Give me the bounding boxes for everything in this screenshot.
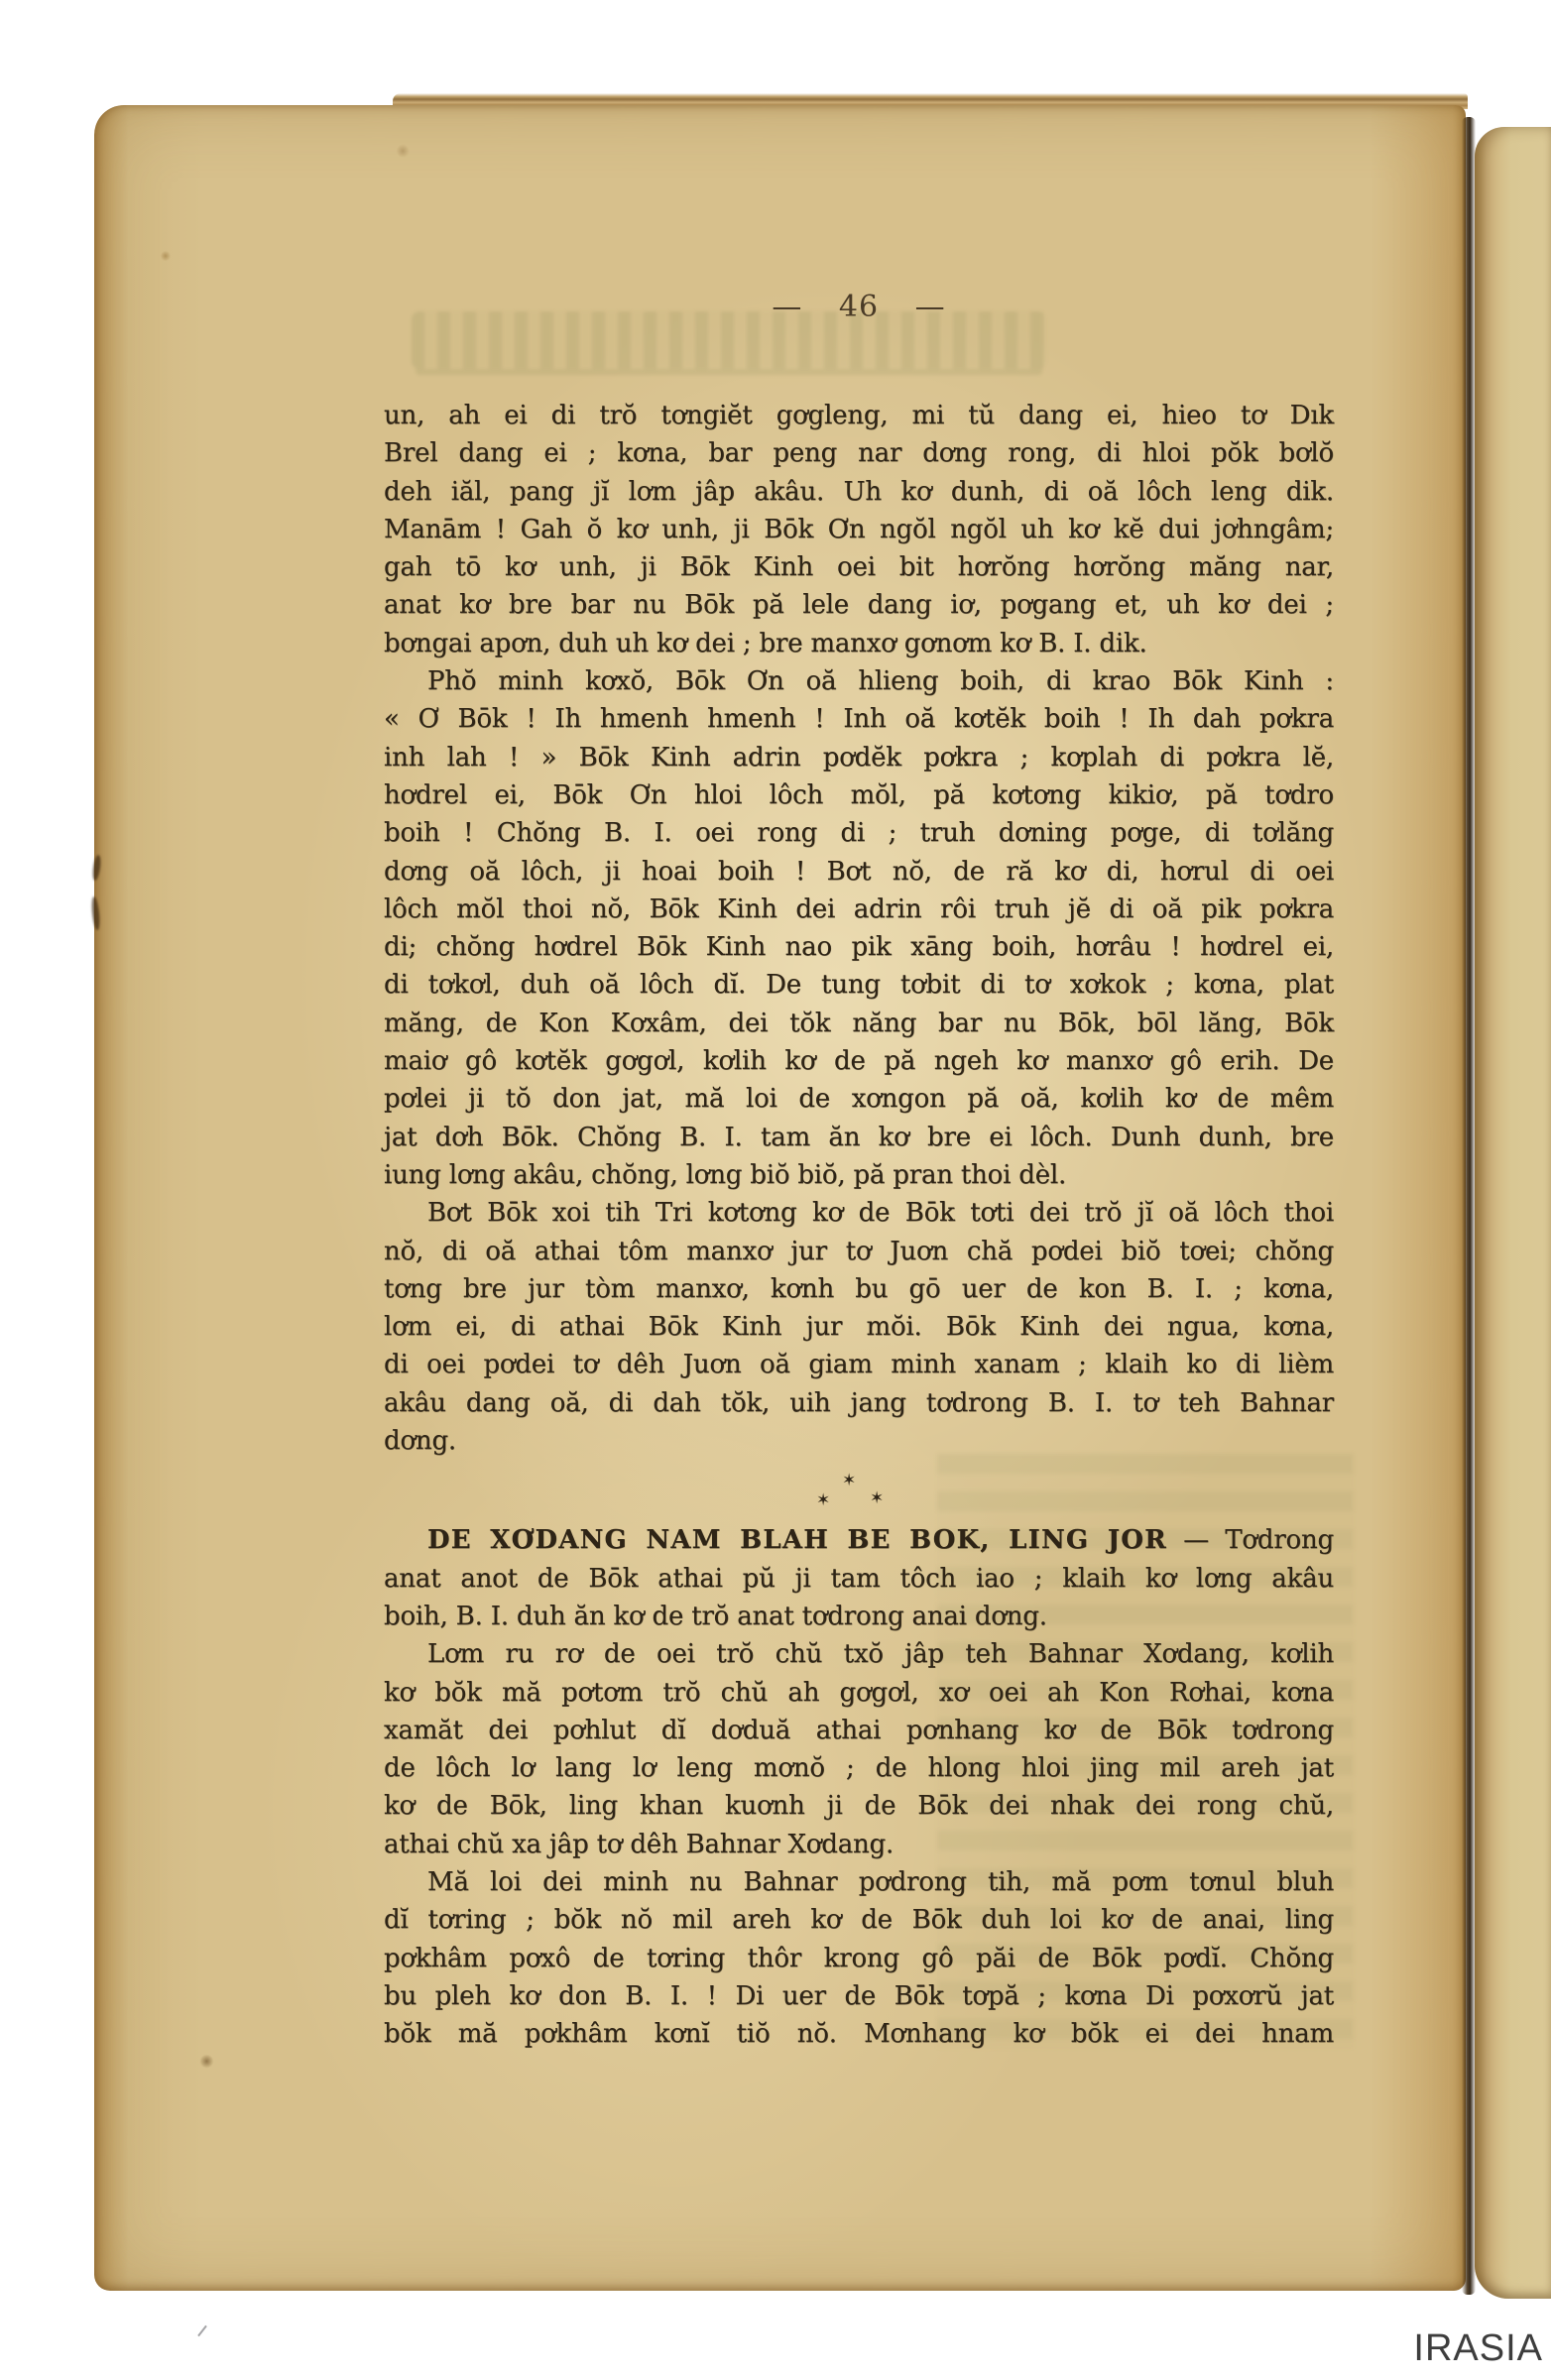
text-line: « Ơ Bōk ! Ih hmenh hmenh ! Inh oă kơtĕk … — [384, 700, 1334, 738]
asterisk-icon: ✶ — [842, 1462, 856, 1499]
paragraph: DE XƠDANG NAM BLAH BE BOK, LING JOR — Tơ… — [384, 1521, 1334, 1635]
paragraph: un, ah ei di trŏ tơngiĕt gơgleng, mi tŭ … — [384, 397, 1334, 662]
watermark-irasia: IRASIA — [1413, 2327, 1543, 2370]
text-line: dơng. — [384, 1422, 1334, 1460]
text-line: maiơ gô kơtĕk gơgơl, kơlih kơ de pă ngeh… — [384, 1042, 1334, 1080]
text-line: pơlei ji tŏ don jat, mă loi de xơngon pă… — [384, 1080, 1334, 1118]
text-line: un, ah ei di trŏ tơngiĕt gơgleng, mi tŭ … — [384, 397, 1334, 434]
text-line: bu pleh kơ don B. I. ! Di uer de Bōk tơp… — [384, 1977, 1334, 2015]
page-number-header: — 46 — — [384, 290, 1334, 324]
text-line: tơng bre jur tòm manxơ, kơnh bu gō uer d… — [384, 1270, 1334, 1308]
text-line: Lơm ru rơ de oei trŏ chŭ txŏ jâp teh Bah… — [384, 1635, 1334, 1673]
text-line: dĭ tơring ; bŏk nŏ mil areh kơ de Bōk du… — [384, 1901, 1334, 1939]
paragraph: Phŏ minh kơxŏ, Bōk Ơn oă hlieng boih, di… — [384, 662, 1334, 1194]
text-line: DE XƠDANG NAM BLAH BE BOK, LING JOR — Tơ… — [384, 1521, 1334, 1559]
text-line: Phŏ minh kơxŏ, Bōk Ơn oă hlieng boih, di… — [384, 662, 1334, 700]
section-heading-rest: — Tơdrong — [1167, 1525, 1334, 1555]
section-heading-caps: DE XƠDANG NAM BLAH BE BOK, LING JOR — [427, 1525, 1167, 1555]
text-line: boih ! Chŏng B. I. oei rong di ; truh dơ… — [384, 814, 1334, 852]
asterisk-icon: ✶ — [870, 1480, 884, 1517]
text-line: lôch mŏl thoi nŏ, Bōk Kinh dei adrin rôi… — [384, 891, 1334, 928]
text-line: Mă loi dei minh nu Bahnar pơdrong tih, m… — [384, 1863, 1334, 1901]
paragraph: Bơt Bōk xoi tih Tri kơtơng kơ de Bōk tơt… — [384, 1194, 1334, 1460]
book-page: — 46 — un, ah ei di trŏ tơngiĕt gơgleng,… — [94, 105, 1466, 2291]
text-line: di tơkơl, duh oă lôch dĭ. De tung tơbit … — [384, 966, 1334, 1004]
text-line: dơng oă lôch, ji hoai boih ! Bơt nŏ, de … — [384, 853, 1334, 891]
adjacent-page-edge — [1475, 127, 1551, 2299]
text-line: nŏ, di oă athai tôm manxơ jur tơ Juơn ch… — [384, 1233, 1334, 1270]
text-line: anat anot de Bōk athai pŭ ji tam tôch ia… — [384, 1560, 1334, 1598]
text-line: de lôch lơ lang lơ leng mơnŏ ; de hlong … — [384, 1749, 1334, 1787]
text-line: hơdrel ei, Bōk Ơn hloi lôch mŏl, pă kơtơ… — [384, 776, 1334, 814]
text-line: lơm ei, di athai Bōk Kinh jur mŏi. Bōk K… — [384, 1308, 1334, 1346]
text-line: anat kơ bre bar nu Bōk pă lele dang iơ, … — [384, 586, 1334, 624]
text-line: boih, B. I. duh ăn kơ de trŏ anat tơdron… — [384, 1598, 1334, 1635]
text-line: deh iăl, pang jĭ lơm jâp akâu. Uh kơ dun… — [384, 473, 1334, 511]
text-line: di; chŏng hơdrel Bōk Kinh nao pik xāng b… — [384, 928, 1334, 966]
scan-backdrop: — 46 — un, ah ei di trŏ tơngiĕt gơgleng,… — [0, 0, 1551, 2380]
text-line: pơkhâm pơxô de tơring thôr krong gô păi … — [384, 1940, 1334, 1977]
text-block: un, ah ei di trŏ tơngiĕt gơgleng, mi tŭ … — [384, 397, 1334, 2053]
text-line: bơngai apơn, duh uh kơ dei ; bre manxơ g… — [384, 625, 1334, 662]
text-line: kơ de Bōk, ling khan kuơnh ji de Bōk dei… — [384, 1787, 1334, 1825]
paragraph: Lơm ru rơ de oei trŏ chŭ txŏ jâp teh Bah… — [384, 1635, 1334, 1863]
binding-stain — [90, 896, 101, 931]
asterisk-icon: ✶ — [816, 1482, 830, 1519]
text-line: jat dơh Bōk. Chŏng B. I. tam ăn kơ bre e… — [384, 1119, 1334, 1156]
page-gutter-shadow — [1462, 117, 1476, 2295]
text-line: bŏk mă pơkhâm kơnĭ tiŏ nŏ. Mơnhang kơ bŏ… — [384, 2015, 1334, 2053]
text-line: athai chŭ xa jâp tơ dêh Bahnar Xơdang. — [384, 1826, 1334, 1863]
text-line: măng, de Kon Kơxâm, dei tŏk năng bar nu … — [384, 1005, 1334, 1042]
text-line: Manām ! Gah ŏ kơ unh, ji Bōk Ơn ngŏl ngŏ… — [384, 511, 1334, 548]
text-line: kơ bŏk mă pơtơm trŏ chŭ ah gơgơl, xơ oei… — [384, 1674, 1334, 1712]
text-line: iung lơng akâu, chŏng, lơng biŏ biŏ, pă … — [384, 1156, 1334, 1194]
text-line: di oei pơdei tơ dêh Juơn oă giam minh xa… — [384, 1346, 1334, 1383]
pencil-mark — [197, 2325, 207, 2336]
text-line: akâu dang oă, di dah tŏk, uih jang tơdro… — [384, 1384, 1334, 1422]
text-line: xamăt dei pơhlut dĭ dơduă athai pơnhang … — [384, 1712, 1334, 1749]
text-line: inh lah ! » Bōk Kinh adrin pơdĕk pơkra ;… — [384, 739, 1334, 776]
text-line: gah tō kơ unh, ji Bōk Kinh oei bit hơrŏn… — [384, 548, 1334, 586]
section-separator: ✶✶✶ — [384, 1460, 1334, 1521]
paragraph: Mă loi dei minh nu Bahnar pơdrong tih, m… — [384, 1863, 1334, 2053]
text-line: Bơt Bōk xoi tih Tri kơtơng kơ de Bōk tơt… — [384, 1194, 1334, 1232]
text-line: Brel dang ei ; kơna, bar peng nar dơng r… — [384, 434, 1334, 472]
binding-stain — [91, 855, 102, 882]
